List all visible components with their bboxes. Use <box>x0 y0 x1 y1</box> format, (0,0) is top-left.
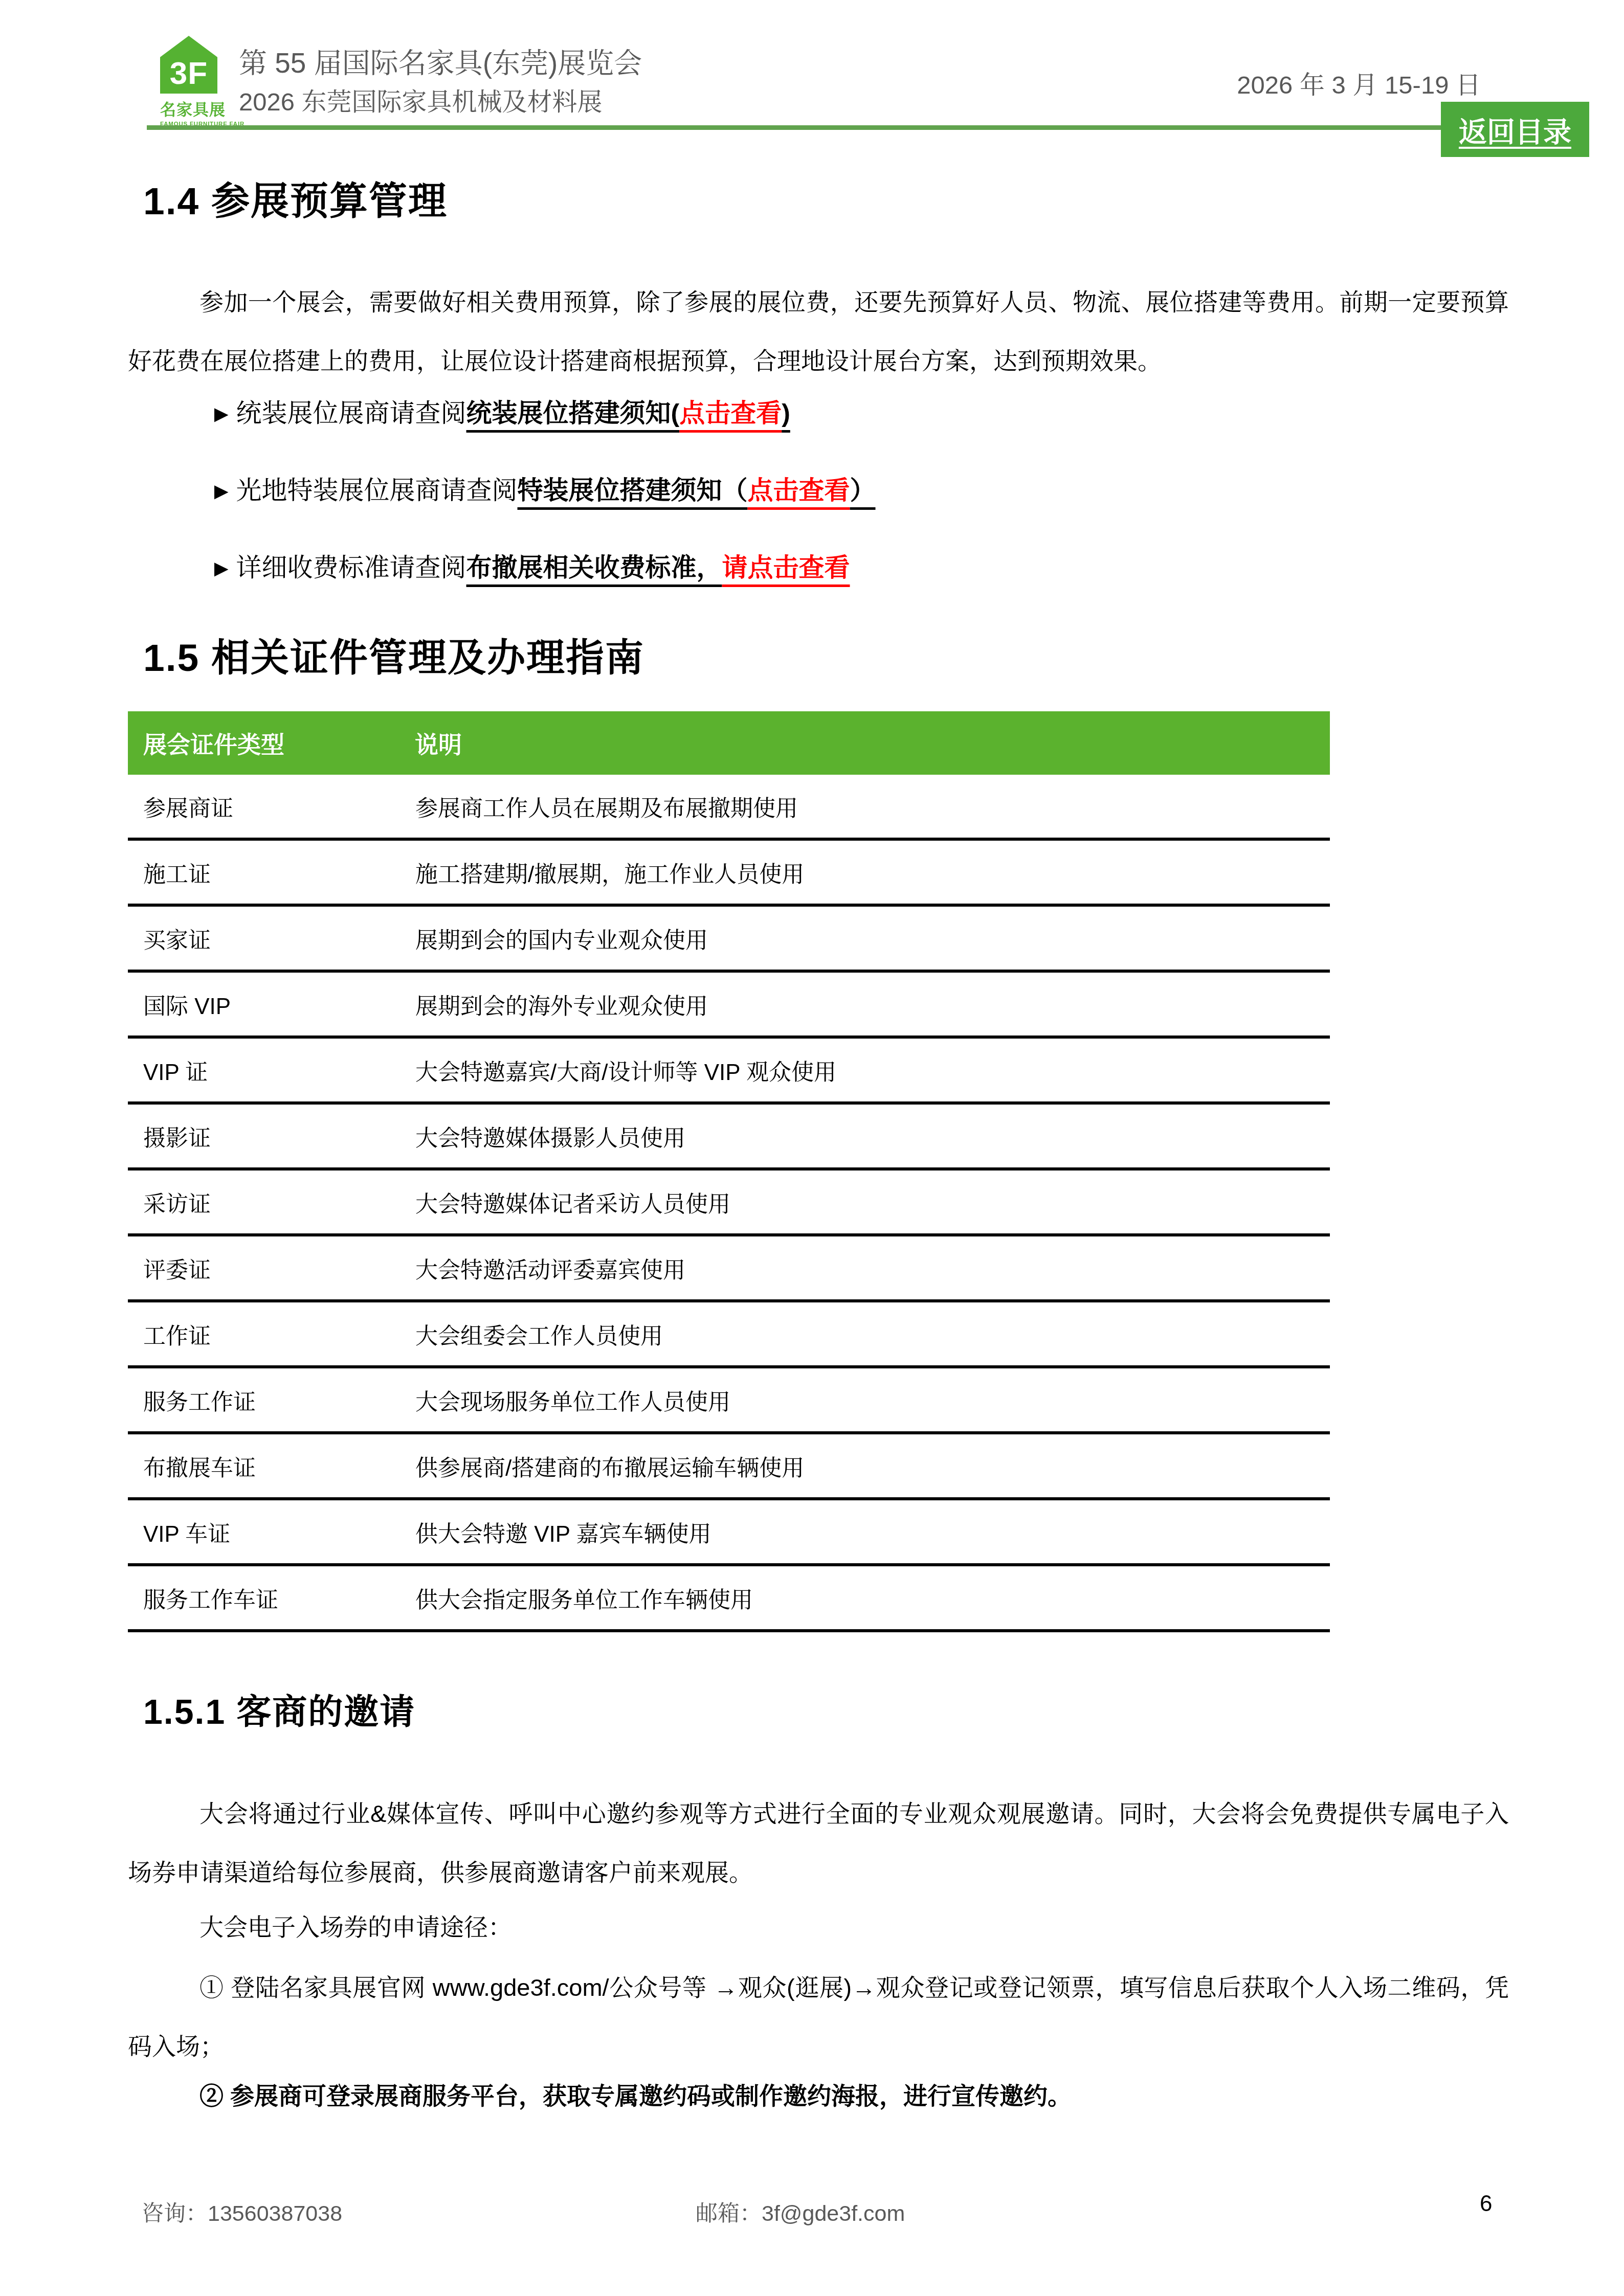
link-standard-booth-notice[interactable]: 统装展位搭建须知(点击查看) <box>466 399 790 427</box>
footer-email: 邮箱：3f@gde3f.com <box>696 2196 905 2227</box>
badge-type-cell: 采访证 <box>128 1169 415 1235</box>
badge-type-cell: 国际 VIP <box>128 971 415 1037</box>
badge-description-cell: 大会特邀嘉宾/大商/设计师等 VIP 观众使用 <box>415 1037 1330 1103</box>
back-to-toc-label: 返回目录 <box>1459 109 1571 150</box>
link-fee-standard[interactable]: 布撤展相关收费标准，请点击查看 <box>466 553 850 582</box>
column-header-badge-type: 展会证件类型 <box>128 711 415 775</box>
badge-table: 展会证件类型 说明 参展商证 参展商工作人员在展期及布展撤期使用 施工证 施工搭… <box>128 711 1330 1632</box>
ticket-step-1: ① 登陆名家具展官网 www.gde3f.com/公众号等 →观众(逛展)→观众… <box>128 1958 1509 2076</box>
table-row: 国际 VIP 展期到会的海外专业观众使用 <box>128 971 1330 1037</box>
badge-type-cell: 参展商证 <box>128 775 415 839</box>
badge-type-cell: 服务工作车证 <box>128 1565 415 1631</box>
badge-description-cell: 大会特邀媒体记者采访人员使用 <box>415 1169 1330 1235</box>
section-1-4-heading: 1.4 参展预算管理 <box>143 181 1509 221</box>
table-row: 采访证 大会特邀媒体记者采访人员使用 <box>128 1169 1330 1235</box>
badge-type-cell: VIP 车证 <box>128 1499 415 1565</box>
table-row: 服务工作车证 供大会指定服务单位工作车辆使用 <box>128 1565 1330 1631</box>
table-row: 买家证 展期到会的国内专业观众使用 <box>128 905 1330 971</box>
badge-description-cell: 施工搭建期/撤展期，施工作业人员使用 <box>415 839 1330 905</box>
logo-mark: 3F <box>170 54 208 94</box>
triangle-bullet-icon: ► <box>210 478 233 504</box>
page-content: 1.4 参展预算管理 参加一个展会，需要做好相关费用预算，除了参展的展位费，还要… <box>0 181 1624 2114</box>
link-special-booth-notice[interactable]: 特装展位搭建须知（点击查看） <box>518 476 876 505</box>
page-footer: 咨询：13560387038 邮箱：3f@gde3f.com 6 <box>0 2196 1624 2237</box>
triangle-bullet-icon: ► <box>210 400 233 427</box>
fair-titles: 第 55 届国际名家具(东莞)展览会 2026 东莞国际家具机械及材料展 <box>239 47 642 117</box>
badge-type-cell: 服务工作证 <box>128 1367 415 1433</box>
badge-description-cell: 大会组委会工作人员使用 <box>415 1301 1330 1367</box>
invite-paragraph: 大会将通过行业&媒体宣传、呼叫中心邀约参观等方式进行全面的专业观众观展邀请。同时… <box>128 1784 1509 1902</box>
badge-description-cell: 供参展商/搭建商的布撤展运输车辆使用 <box>415 1433 1330 1499</box>
fair-subtitle: 2026 东莞国际家具机械及材料展 <box>239 88 642 117</box>
badge-description-cell: 展期到会的国内专业观众使用 <box>415 905 1330 971</box>
fair-title: 第 55 届国际名家具(东莞)展览会 <box>239 47 642 79</box>
triangle-bullet-icon: ► <box>210 555 233 581</box>
badge-type-cell: 施工证 <box>128 839 415 905</box>
link-click-to-view[interactable]: 点击查看 <box>679 399 782 427</box>
link-bold-text: 统装展位搭建须知( <box>466 399 680 427</box>
bullet-text: 光地特装展位展商请查阅 <box>236 476 518 505</box>
link-bold-text: 布撤展相关收费标准， <box>466 553 722 582</box>
badge-description-cell: 大会特邀媒体摄影人员使用 <box>415 1103 1330 1169</box>
fair-logo: 3F 名家具展 FAMOUS FURNITURE FAIR <box>160 36 232 127</box>
section-1-5-1-heading: 1.5.1 客商的邀请 <box>143 1694 1509 1730</box>
badge-description-cell: 展期到会的海外专业观众使用 <box>415 971 1330 1037</box>
table-row: 摄影证 大会特邀媒体摄影人员使用 <box>128 1103 1330 1169</box>
ticket-channels-label: 大会电子入场券的申请途径： <box>128 1909 1509 1945</box>
column-header-description: 说明 <box>415 711 1330 775</box>
badge-table-body: 参展商证 参展商工作人员在展期及布展撤期使用 施工证 施工搭建期/撤展期，施工作… <box>128 775 1330 1631</box>
page-number: 6 <box>1480 2191 1492 2217</box>
badge-type-cell: 工作证 <box>128 1301 415 1367</box>
badge-type-cell: 买家证 <box>128 905 415 971</box>
bullet-text: 详细收费标准请查阅 <box>236 553 466 582</box>
link-bold-text: 特装展位搭建须知（ <box>518 476 748 505</box>
table-header-row: 展会证件类型 说明 <box>128 711 1330 775</box>
badge-type-cell: VIP 证 <box>128 1037 415 1103</box>
link-click-to-view[interactable]: 点击查看 <box>748 476 850 505</box>
table-row: 评委证 大会特邀活动评委嘉宾使用 <box>128 1235 1330 1301</box>
table-row: 施工证 施工搭建期/撤展期，施工作业人员使用 <box>128 839 1330 905</box>
link-suffix-text: ) <box>782 399 790 427</box>
badge-type-cell: 评委证 <box>128 1235 415 1301</box>
footer-phone: 咨询：13560387038 <box>142 2196 342 2227</box>
link-suffix-text: ） <box>850 476 876 505</box>
table-row: VIP 车证 供大会特邀 VIP 嘉宾车辆使用 <box>128 1499 1330 1565</box>
page-header: 3F 名家具展 FAMOUS FURNITURE FAIR 第 55 届国际名家… <box>0 0 1624 129</box>
header-divider <box>147 125 1441 130</box>
ticket-step-2: ② 参展商可登录展商服务平台，获取专属邀约码或制作邀约海报，进行宣传邀约。 <box>128 2078 1509 2114</box>
badge-type-cell: 摄影证 <box>128 1103 415 1169</box>
table-row: 服务工作证 大会现场服务单位工作人员使用 <box>128 1367 1330 1433</box>
logo-house-icon: 3F <box>160 36 217 94</box>
table-row: 工作证 大会组委会工作人员使用 <box>128 1301 1330 1367</box>
table-row: 参展商证 参展商工作人员在展期及布展撤期使用 <box>128 775 1330 839</box>
budget-bullets: ►统装展位展商请查阅统装展位搭建须知(点击查看) ►光地特装展位展商请查阅特装展… <box>128 395 1509 586</box>
bullet-raw-space-booth: ►光地特装展位展商请查阅特装展位搭建须知（点击查看） <box>210 472 1509 509</box>
badge-description-cell: 供大会特邀 VIP 嘉宾车辆使用 <box>415 1499 1330 1565</box>
bullet-fee-standard: ►详细收费标准请查阅布撤展相关收费标准，请点击查看 <box>210 550 1509 586</box>
link-click-to-view[interactable]: 请点击查看 <box>722 553 850 582</box>
bullet-standard-booth: ►统装展位展商请查阅统装展位搭建须知(点击查看) <box>210 395 1509 432</box>
section-1-5-heading: 1.5 相关证件管理及办理指南 <box>143 637 1509 678</box>
bullet-text: 统装展位展商请查阅 <box>236 399 466 427</box>
back-to-toc-button[interactable]: 返回目录 <box>1441 102 1589 157</box>
badge-description-cell: 供大会指定服务单位工作车辆使用 <box>415 1565 1330 1631</box>
badge-description-cell: 大会现场服务单位工作人员使用 <box>415 1367 1330 1433</box>
table-row: VIP 证 大会特邀嘉宾/大商/设计师等 VIP 观众使用 <box>128 1037 1330 1103</box>
badge-type-cell: 布撤展车证 <box>128 1433 415 1499</box>
table-row: 布撤展车证 供参展商/搭建商的布撤展运输车辆使用 <box>128 1433 1330 1499</box>
badge-description-cell: 参展商工作人员在展期及布展撤期使用 <box>415 775 1330 839</box>
fair-date: 2026 年 3 月 15-19 日 <box>1237 65 1481 101</box>
budget-paragraph: 参加一个展会，需要做好相关费用预算，除了参展的展位费，还要先预算好人员、物流、展… <box>128 273 1509 390</box>
logo-name: 名家具展 <box>160 97 232 120</box>
badge-description-cell: 大会特邀活动评委嘉宾使用 <box>415 1235 1330 1301</box>
